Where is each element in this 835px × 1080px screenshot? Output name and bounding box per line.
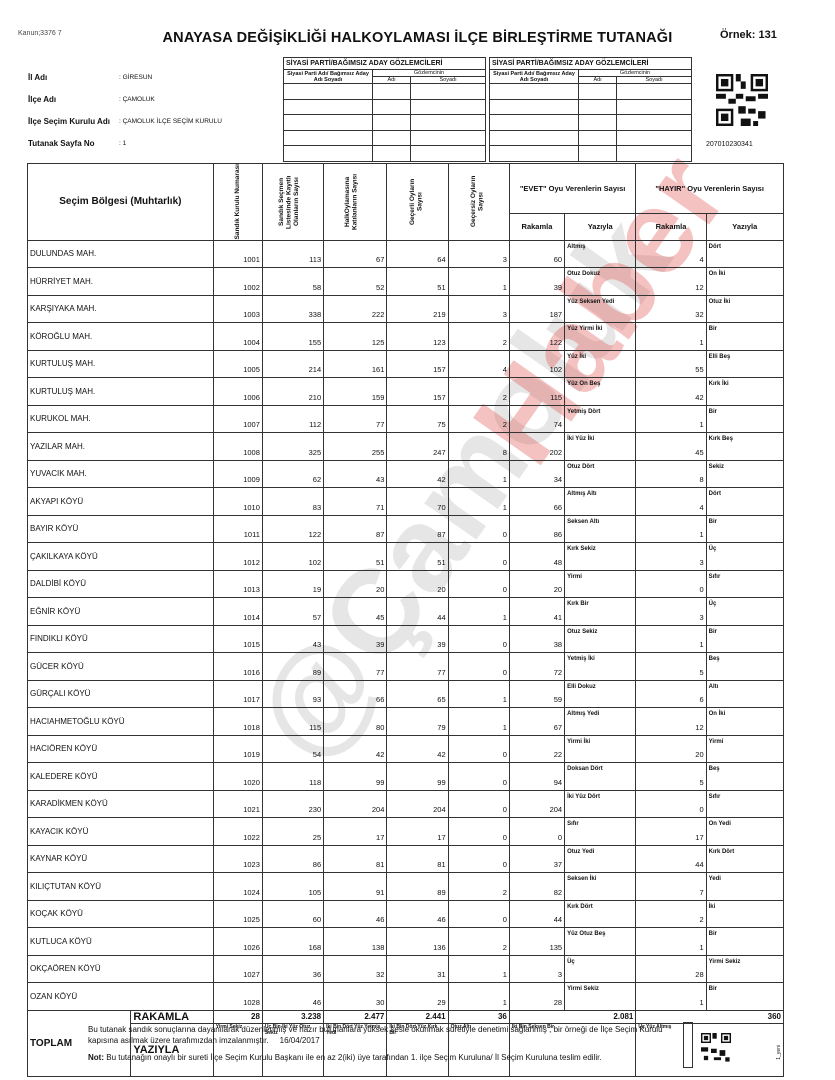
participated-cell: 255 (324, 433, 387, 461)
observers-table-1: SİYASİ PARTİ/BAĞIMSIZ ADAY GÖZLEMCİLERİ … (283, 57, 486, 162)
invalid-cell: 1 (448, 268, 509, 296)
table-row: AKYAPI KÖYÜ1010837170166Altmış Altı4Dört (28, 488, 784, 516)
participated-cell: 204 (324, 790, 387, 818)
table-row: OKÇAÖREN KÖYÜ102736323113Üç28Yirmi Sekiz (28, 955, 784, 983)
table-row: DALDİBİ KÖYÜ1013192020020Yirmi0Sıfır (28, 570, 784, 598)
table-row: OZAN KÖYÜ1028463029128Yirmi Sekiz1Bir (28, 983, 784, 1011)
evet-number-cell: 135 (509, 928, 564, 956)
registered-cell: 122 (262, 515, 323, 543)
participated-cell: 45 (324, 598, 387, 626)
page-title: ANAYASA DEĞİŞİKLİĞİ HALKOYLAMASI İLÇE Bİ… (0, 30, 835, 46)
invalid-cell: 1 (448, 598, 509, 626)
col-evet-rakamla: Rakamla (509, 213, 564, 240)
evet-text-cell: Altmış (565, 240, 636, 268)
valid-cell: 81 (387, 845, 448, 873)
qr-code-number: 207010230341 (706, 141, 753, 148)
evet-number-cell: 34 (509, 460, 564, 488)
evet-text-cell: Altmış Yedi (565, 708, 636, 736)
registered-cell: 325 (262, 433, 323, 461)
participated-cell: 43 (324, 460, 387, 488)
invalid-cell: 0 (448, 653, 509, 681)
col-hayir: "HAYIR" Oyu Verenlerin Sayısı (636, 164, 784, 214)
footer-statement: Bu tutanak sandık sonuçlarına dayanılara… (88, 1024, 688, 1046)
region-cell: DULUNDAS MAH. (28, 240, 214, 268)
registered-cell: 105 (262, 873, 323, 901)
region-cell: FINDIKLI KÖYÜ (28, 625, 214, 653)
invalid-cell: 3 (448, 295, 509, 323)
evet-text-cell: Yüz Yirmi İki (565, 323, 636, 351)
participated-cell: 87 (324, 515, 387, 543)
table-row: KURTULUŞ MAH.10062101591572115Yüz On Beş… (28, 378, 784, 406)
hayir-text-cell: Bir (706, 983, 783, 1011)
table-row: KILIÇTUTAN KÖYÜ10241059189282Seksen İki7… (28, 873, 784, 901)
invalid-cell: 0 (448, 625, 509, 653)
ballot-box-cell: 1015 (213, 625, 262, 653)
evet-text-cell: Otuz Sekiz (565, 625, 636, 653)
table-row: KALEDERE KÖYÜ10201189999094Doksan Dört5B… (28, 763, 784, 791)
ballot-box-cell: 1028 (213, 983, 262, 1011)
evet-number-cell: 59 (509, 680, 564, 708)
evet-number-cell: 204 (509, 790, 564, 818)
region-cell: KURTULUŞ MAH. (28, 378, 214, 406)
participated-cell: 91 (324, 873, 387, 901)
region-cell: KAYNAR KÖYÜ (28, 845, 214, 873)
hayir-text-cell: Üç (706, 543, 783, 571)
ballot-box-cell: 1008 (213, 433, 262, 461)
registered-cell: 83 (262, 488, 323, 516)
participated-cell: 159 (324, 378, 387, 406)
evet-text-cell: İki Yüz Dört (565, 790, 636, 818)
hayir-text-cell: Bir (706, 323, 783, 351)
valid-cell: 136 (387, 928, 448, 956)
registered-cell: 62 (262, 460, 323, 488)
valid-cell: 204 (387, 790, 448, 818)
registered-cell: 338 (262, 295, 323, 323)
table-row: KURUKOL MAH.10071127775274Yetmiş Dört1Bi… (28, 405, 784, 433)
hayir-text-cell: Kırk Beş (706, 433, 783, 461)
hayir-text-cell: On Yedi (706, 818, 783, 846)
valid-cell: 75 (387, 405, 448, 433)
participated-cell: 222 (324, 295, 387, 323)
participated-cell: 81 (324, 845, 387, 873)
total-rakamla-label: RAKAMLA (131, 1010, 213, 1023)
evet-number-cell: 28 (509, 983, 564, 1011)
evet-text-cell: Yüz On Beş (565, 378, 636, 406)
evet-number-cell: 44 (509, 900, 564, 928)
evet-number-cell: 202 (509, 433, 564, 461)
evet-text-cell: Doksan Dört (565, 763, 636, 791)
col-evet-yaziyla: Yazıyla (565, 213, 636, 240)
ballot-box-cell: 1022 (213, 818, 262, 846)
valid-cell: 79 (387, 708, 448, 736)
region-cell: KÖROĞLU MAH. (28, 323, 214, 351)
valid-cell: 65 (387, 680, 448, 708)
evet-number-cell: 37 (509, 845, 564, 873)
registered-cell: 93 (262, 680, 323, 708)
ballot-box-cell: 1006 (213, 378, 262, 406)
valid-cell: 157 (387, 350, 448, 378)
table-row: KOÇAK KÖYÜ1025604646044Kırk Dört2İki (28, 900, 784, 928)
hayir-number-cell: 1 (636, 983, 706, 1011)
ballot-box-cell: 1004 (213, 323, 262, 351)
region-cell: KILIÇTUTAN KÖYÜ (28, 873, 214, 901)
registered-cell: 118 (262, 763, 323, 791)
region-cell: KURUKOL MAH. (28, 405, 214, 433)
valid-cell: 77 (387, 653, 448, 681)
invalid-cell: 1 (448, 680, 509, 708)
evet-number-cell: 3 (509, 955, 564, 983)
registered-cell: 115 (262, 708, 323, 736)
invalid-cell: 0 (448, 845, 509, 873)
evet-text-cell: Kırk Sekiz (565, 543, 636, 571)
evet-text-cell: Sıfır (565, 818, 636, 846)
hayir-text-cell: On İki (706, 708, 783, 736)
valid-cell: 31 (387, 955, 448, 983)
invalid-cell: 2 (448, 323, 509, 351)
hayir-text-cell: Otuz İki (706, 295, 783, 323)
evet-number-cell: 86 (509, 515, 564, 543)
qr-code-icon (716, 74, 768, 126)
total-hayir: 360 (636, 1010, 784, 1023)
evet-text-cell: Seksen Altı (565, 515, 636, 543)
invalid-cell: 0 (448, 900, 509, 928)
ballot-box-cell: 1012 (213, 543, 262, 571)
barcode-strip (683, 1022, 693, 1068)
valid-cell: 46 (387, 900, 448, 928)
evet-text-cell: Otuz Dört (565, 460, 636, 488)
ballot-box-cell: 1003 (213, 295, 262, 323)
results-table: Seçim Bölgesi (Muhtarlık) Sandık Kurulu … (27, 163, 784, 1077)
participated-cell: 17 (324, 818, 387, 846)
invalid-cell: 1 (448, 955, 509, 983)
region-cell: GÜRÇALI KÖYÜ (28, 680, 214, 708)
invalid-cell: 2 (448, 928, 509, 956)
table-row: KUTLUCA KÖYÜ10261681381362135Yüz Otuz Be… (28, 928, 784, 956)
col-evet: "EVET" Oyu Verenlerin Sayısı (509, 164, 636, 214)
evet-number-cell: 41 (509, 598, 564, 626)
participated-cell: 30 (324, 983, 387, 1011)
registered-cell: 46 (262, 983, 323, 1011)
region-cell: KUTLUCA KÖYÜ (28, 928, 214, 956)
hayir-text-cell: Üç (706, 598, 783, 626)
participated-cell: 66 (324, 680, 387, 708)
hayir-number-cell: 5 (636, 653, 706, 681)
info-board: İlçe Seçim Kurulu Adı: ÇAMOLUK İLÇE SEÇİ… (28, 110, 222, 132)
ballot-box-cell: 1014 (213, 598, 262, 626)
hayir-text-cell: Sekiz (706, 460, 783, 488)
invalid-cell: 2 (448, 378, 509, 406)
participated-cell: 32 (324, 955, 387, 983)
participated-cell: 20 (324, 570, 387, 598)
region-cell: YAZILAR MAH. (28, 433, 214, 461)
hayir-number-cell: 45 (636, 433, 706, 461)
hayir-text-cell: Yedi (706, 873, 783, 901)
registered-cell: 168 (262, 928, 323, 956)
invalid-cell: 4 (448, 350, 509, 378)
region-cell: AKYAPI KÖYÜ (28, 488, 214, 516)
ballot-box-cell: 1010 (213, 488, 262, 516)
invalid-cell: 0 (448, 763, 509, 791)
footer-note: Not: Bu tutanağın onaylı bir sureti İlçe… (88, 1053, 602, 1062)
evet-text-cell: Yetmiş İki (565, 653, 636, 681)
table-row: HACIÖREN KÖYÜ1019544242022Yirmi İki20Yir… (28, 735, 784, 763)
evet-number-cell: 66 (509, 488, 564, 516)
hayir-number-cell: 4 (636, 488, 706, 516)
col-valid: Geçerli Oyların Sayısı (409, 174, 427, 229)
region-cell: HACIAHMETOĞLU KÖYÜ (28, 708, 214, 736)
valid-cell: 20 (387, 570, 448, 598)
col-region: Seçim Bölgesi (Muhtarlık) (28, 164, 214, 241)
valid-cell: 87 (387, 515, 448, 543)
hayir-number-cell: 12 (636, 268, 706, 296)
ballot-box-cell: 1021 (213, 790, 262, 818)
footer-date: 16/04/2017 (280, 1036, 320, 1045)
table-row: ÇAKILKAYA KÖYÜ10121025151048Kırk Sekiz3Ü… (28, 543, 784, 571)
ballot-box-cell: 1020 (213, 763, 262, 791)
table-row: GÜCER KÖYÜ1016897777072Yetmiş İki5Beş (28, 653, 784, 681)
registered-cell: 214 (262, 350, 323, 378)
total-participated: 2.477 (324, 1010, 387, 1023)
hayir-text-cell: Kırk İki (706, 378, 783, 406)
evet-number-cell: 187 (509, 295, 564, 323)
region-cell: HACIÖREN KÖYÜ (28, 735, 214, 763)
hayir-number-cell: 55 (636, 350, 706, 378)
hayir-number-cell: 8 (636, 460, 706, 488)
table-row: HÜRRİYET MAH.1002585251139Otuz Dokuz12On… (28, 268, 784, 296)
participated-cell: 52 (324, 268, 387, 296)
observers-table-2: SİYASİ PARTİ/BAĞIMSIZ ADAY GÖZLEMCİLERİ … (489, 57, 692, 162)
participated-cell: 46 (324, 900, 387, 928)
hayir-text-cell: Yirmi Sekiz (706, 955, 783, 983)
evet-number-cell: 0 (509, 818, 564, 846)
hayir-text-cell: Bir (706, 625, 783, 653)
hayir-text-cell: İki (706, 900, 783, 928)
hayir-text-cell: Dört (706, 240, 783, 268)
participated-cell: 77 (324, 653, 387, 681)
ballot-box-cell: 1001 (213, 240, 262, 268)
total-valid: 2.441 (387, 1010, 448, 1023)
form-tag: 1_yeni (776, 1045, 782, 1060)
ballot-box-cell: 1025 (213, 900, 262, 928)
hayir-number-cell: 42 (636, 378, 706, 406)
evet-text-cell: Altmış Altı (565, 488, 636, 516)
participated-cell: 77 (324, 405, 387, 433)
evet-number-cell: 39 (509, 268, 564, 296)
participated-cell: 71 (324, 488, 387, 516)
valid-cell: 39 (387, 625, 448, 653)
table-row: YAZILAR MAH.10083252552478202İki Yüz İki… (28, 433, 784, 461)
evet-text-cell: Yirmi (565, 570, 636, 598)
qr-code-small-icon (701, 1033, 731, 1063)
form-number: Örnek: 131 (720, 29, 777, 41)
total-evet: 2.081 (509, 1010, 636, 1023)
valid-cell: 99 (387, 763, 448, 791)
ballot-box-cell: 1026 (213, 928, 262, 956)
hayir-text-cell: Sıfır (706, 570, 783, 598)
evet-text-cell: Elli Dokuz (565, 680, 636, 708)
evet-text-cell: Yüz Otuz Beş (565, 928, 636, 956)
hayir-number-cell: 6 (636, 680, 706, 708)
valid-cell: 44 (387, 598, 448, 626)
evet-number-cell: 94 (509, 763, 564, 791)
col-ballot-box: Sandık Kurulu Numarası (234, 164, 242, 240)
registered-cell: 57 (262, 598, 323, 626)
valid-cell: 29 (387, 983, 448, 1011)
invalid-cell: 0 (448, 543, 509, 571)
evet-text-cell: Üç (565, 955, 636, 983)
total-invalid: 36 (448, 1010, 509, 1023)
region-cell: KALEDERE KÖYÜ (28, 763, 214, 791)
hayir-number-cell: 28 (636, 955, 706, 983)
evet-text-cell: Yirmi Sekiz (565, 983, 636, 1011)
hayir-text-cell: Kırk Dört (706, 845, 783, 873)
region-cell: OZAN KÖYÜ (28, 983, 214, 1011)
valid-cell: 51 (387, 543, 448, 571)
valid-cell: 64 (387, 240, 448, 268)
ballot-box-cell: 1023 (213, 845, 262, 873)
invalid-cell: 2 (448, 873, 509, 901)
table-row: KAYNAR KÖYÜ1023868181037Otuz Yedi44Kırk … (28, 845, 784, 873)
table-row: EĞNİR KÖYÜ1014574544141Kırk Bir3Üç (28, 598, 784, 626)
registered-cell: 102 (262, 543, 323, 571)
ballot-box-cell: 1016 (213, 653, 262, 681)
evet-number-cell: 20 (509, 570, 564, 598)
info-page: Tutanak Sayfa No: 1 (28, 132, 222, 154)
evet-text-cell: Yetmiş Dört (565, 405, 636, 433)
valid-cell: 42 (387, 735, 448, 763)
registered-cell: 43 (262, 625, 323, 653)
evet-text-cell: Yüz Seksen Yedi (565, 295, 636, 323)
evet-number-cell: 67 (509, 708, 564, 736)
valid-cell: 123 (387, 323, 448, 351)
info-block: İl Adı: GİRESUN İlçe Adı: ÇAMOLUK İlçe S… (28, 66, 222, 154)
invalid-cell: 0 (448, 515, 509, 543)
hayir-number-cell: 3 (636, 543, 706, 571)
evet-number-cell: 74 (509, 405, 564, 433)
valid-cell: 51 (387, 268, 448, 296)
evet-number-cell: 48 (509, 543, 564, 571)
evet-number-cell: 102 (509, 350, 564, 378)
registered-cell: 86 (262, 845, 323, 873)
hayir-number-cell: 17 (636, 818, 706, 846)
evet-number-cell: 122 (509, 323, 564, 351)
region-cell: KARADİKMEN KÖYÜ (28, 790, 214, 818)
region-cell: GÜCER KÖYÜ (28, 653, 214, 681)
table-row: KARŞIYAKA MAH.10033382222193187Yüz Sekse… (28, 295, 784, 323)
region-cell: KAYACIK KÖYÜ (28, 818, 214, 846)
ballot-box-cell: 1002 (213, 268, 262, 296)
evet-text-cell: Yüz İki (565, 350, 636, 378)
registered-cell: 58 (262, 268, 323, 296)
ballot-box-cell: 1018 (213, 708, 262, 736)
invalid-cell: 1 (448, 460, 509, 488)
info-province: İl Adı: GİRESUN (28, 66, 222, 88)
region-cell: HÜRRİYET MAH. (28, 268, 214, 296)
valid-cell: 247 (387, 433, 448, 461)
valid-cell: 70 (387, 488, 448, 516)
hayir-text-cell: Beş (706, 653, 783, 681)
hayir-text-cell: Beş (706, 763, 783, 791)
hayir-number-cell: 32 (636, 295, 706, 323)
region-cell: YUVACIK MAH. (28, 460, 214, 488)
participated-cell: 161 (324, 350, 387, 378)
invalid-cell: 1 (448, 488, 509, 516)
participated-cell: 125 (324, 323, 387, 351)
hayir-text-cell: Yirmi (706, 735, 783, 763)
hayir-text-cell: Bir (706, 928, 783, 956)
hayir-text-cell: Altı (706, 680, 783, 708)
evet-number-cell: 72 (509, 653, 564, 681)
hayir-number-cell: 1 (636, 323, 706, 351)
region-cell: DALDİBİ KÖYÜ (28, 570, 214, 598)
participated-cell: 51 (324, 543, 387, 571)
col-invalid: Geçersiz Oyların Sayısı (470, 174, 488, 229)
registered-cell: 36 (262, 955, 323, 983)
ballot-box-cell: 1017 (213, 680, 262, 708)
invalid-cell: 3 (448, 240, 509, 268)
invalid-cell: 0 (448, 570, 509, 598)
registered-cell: 230 (262, 790, 323, 818)
table-row: GÜRÇALI KÖYÜ1017936665159Elli Dokuz6Altı (28, 680, 784, 708)
hayir-number-cell: 44 (636, 845, 706, 873)
hayir-text-cell: Sıfır (706, 790, 783, 818)
invalid-cell: 1 (448, 983, 509, 1011)
col-hayir-yaziyla: Yazıyla (706, 213, 783, 240)
table-row: FINDIKLI KÖYÜ1015433939038Otuz Sekiz1Bir (28, 625, 784, 653)
total-registered: 3.238 (262, 1010, 323, 1023)
evet-number-cell: 60 (509, 240, 564, 268)
participated-cell: 80 (324, 708, 387, 736)
invalid-cell: 0 (448, 818, 509, 846)
table-row: DULUNDAS MAH.10011136764360Altmış4Dört (28, 240, 784, 268)
hayir-number-cell: 12 (636, 708, 706, 736)
evet-text-cell: Otuz Yedi (565, 845, 636, 873)
hayir-number-cell: 20 (636, 735, 706, 763)
evet-text-cell: İki Yüz İki (565, 433, 636, 461)
evet-number-cell: 115 (509, 378, 564, 406)
table-row: HACIAHMETOĞLU KÖYÜ10181158079167Altmış Y… (28, 708, 784, 736)
ballot-box-cell: 1013 (213, 570, 262, 598)
hayir-number-cell: 0 (636, 790, 706, 818)
participated-cell: 67 (324, 240, 387, 268)
registered-cell: 89 (262, 653, 323, 681)
ballot-box-cell: 1019 (213, 735, 262, 763)
ballot-box-cell: 1005 (213, 350, 262, 378)
valid-cell: 89 (387, 873, 448, 901)
evet-text-cell: Kırk Dört (565, 900, 636, 928)
evet-number-cell: 82 (509, 873, 564, 901)
hayir-number-cell: 5 (636, 763, 706, 791)
participated-cell: 42 (324, 735, 387, 763)
evet-text-cell: Yirmi İki (565, 735, 636, 763)
hayir-text-cell: Dört (706, 488, 783, 516)
valid-cell: 219 (387, 295, 448, 323)
col-registered: Sandık Seçmen Listesinde Kayıtlı Olanlar… (278, 172, 308, 232)
participated-cell: 138 (324, 928, 387, 956)
hayir-number-cell: 7 (636, 873, 706, 901)
participated-cell: 39 (324, 625, 387, 653)
region-cell: ÇAKILKAYA KÖYÜ (28, 543, 214, 571)
hayir-number-cell: 1 (636, 625, 706, 653)
region-cell: KOÇAK KÖYÜ (28, 900, 214, 928)
hayir-text-cell: Elli Beş (706, 350, 783, 378)
evet-text-cell: Seksen İki (565, 873, 636, 901)
region-cell: OKÇAÖREN KÖYÜ (28, 955, 214, 983)
valid-cell: 17 (387, 818, 448, 846)
hayir-text-cell: Bir (706, 405, 783, 433)
participated-cell: 99 (324, 763, 387, 791)
col-participated: HalkOylamasına Katılanların Sayısı (344, 172, 366, 232)
